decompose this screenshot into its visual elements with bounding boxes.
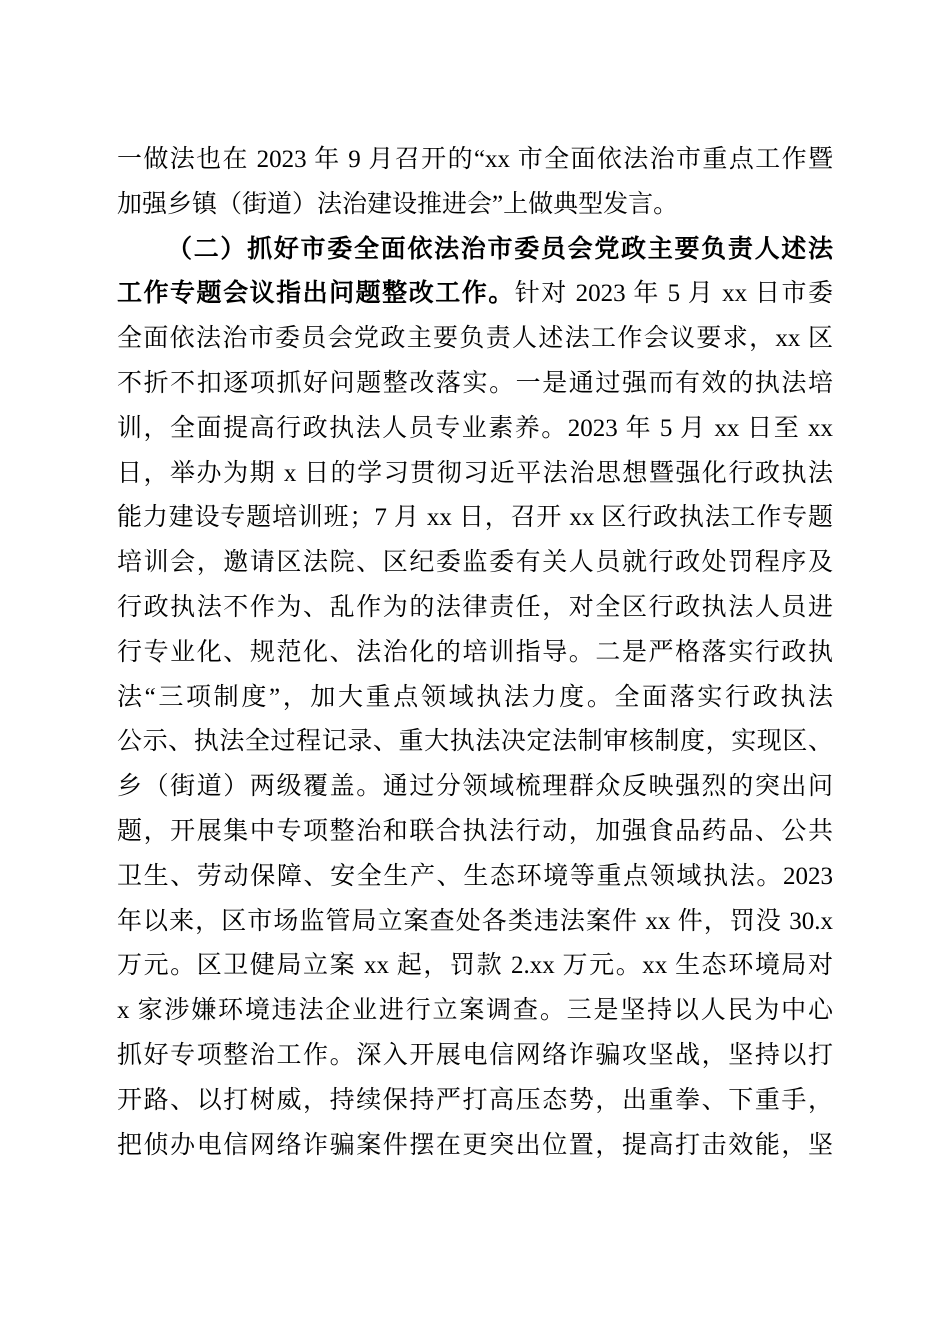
text-line-18: 年以来，区市场监管局立案查处各类违法案件 xx 件，罚没 30.x: [117, 900, 833, 945]
text-line-14: 公示、执法全过程记录、重大执法决定法制审核制度，实现区、: [117, 720, 833, 765]
text-segment: 行政执法不作为、乱作为的法律责任，对全区行政执法人员进: [117, 594, 833, 621]
bold-text-segment: （二）抓好市委全面依法治市委员会党政主要负责人述法: [167, 236, 833, 263]
text-line-22: 开路、以打树威，持续保持严打高压态势，出重拳、下重手，: [117, 1079, 833, 1124]
text-line-2: 加强乡镇（街道）法治建设推进会”上做典型发言。: [117, 183, 833, 228]
text-line-4: 工作专题会议指出问题整改工作。针对 2023 年 5 月 xx 日市委: [117, 272, 833, 317]
text-line-23: 把侦办电信网络诈骗案件摆在更突出位置，提高打击效能，坚: [117, 1124, 833, 1169]
text-segment: 行专业化、规范化、法治化的培训指导。二是严格落实行政执: [117, 639, 833, 666]
text-segment: 乡（街道）两级覆盖。通过分领域梳理群众反映强烈的突出问: [117, 773, 833, 800]
text-segment: 法“三项制度”，加大重点领域执法力度。全面落实行政执法: [117, 684, 833, 711]
text-line-5: 全面依法治市委员会党政主要负责人述法工作会议要求，xx 区: [117, 317, 833, 362]
text-segment: 万元。区卫健局立案 xx 起，罚款 2.xx 万元。xx 生态环境局对: [117, 952, 833, 979]
text-segment: 能力建设专题培训班；7 月 xx 日，召开 xx 区行政执法工作专题: [117, 504, 833, 531]
text-line-12: 行专业化、规范化、法治化的培训指导。二是严格落实行政执: [117, 631, 833, 676]
text-segment: 一做法也在 2023 年 9 月召开的“xx 市全面依法治市重点工作暨: [117, 146, 833, 173]
text-segment: 日，举办为期 x 日的学习贯彻习近平法治思想暨强化行政执法: [117, 460, 833, 487]
text-segment: 针对 2023 年 5 月 xx 日市委: [515, 280, 833, 307]
text-line-15: 乡（街道）两级覆盖。通过分领域梳理群众反映强烈的突出问: [117, 765, 833, 810]
text-segment: 全面依法治市委员会党政主要负责人述法工作会议要求，xx 区: [117, 325, 833, 352]
text-line-8: 日，举办为期 x 日的学习贯彻习近平法治思想暨强化行政执法: [117, 452, 833, 497]
text-segment: 训，全面提高行政执法人员专业素养。2023 年 5 月 xx 日至 xx: [117, 415, 833, 442]
text-line-10: 培训会，邀请区法院、区纪委监委有关人员就行政处罚程序及: [117, 541, 833, 586]
text-segment: 公示、执法全过程记录、重大执法决定法制审核制度，实现区、: [117, 728, 833, 755]
text-line-17: 卫生、劳动保障、安全生产、生态环境等重点领域执法。2023: [117, 855, 833, 900]
document-page: 一做法也在 2023 年 9 月召开的“xx 市全面依法治市重点工作暨加强乡镇（…: [0, 0, 950, 1344]
text-segment: 培训会，邀请区法院、区纪委监委有关人员就行政处罚程序及: [117, 549, 833, 576]
text-line-19: 万元。区卫健局立案 xx 起，罚款 2.xx 万元。xx 生态环境局对: [117, 944, 833, 989]
text-line-3: （二）抓好市委全面依法治市委员会党政主要负责人述法: [117, 228, 833, 273]
text-line-21: 抓好专项整治工作。深入开展电信网络诈骗攻坚战，坚持以打: [117, 1034, 833, 1079]
text-segment: 年以来，区市场监管局立案查处各类违法案件 xx 件，罚没 30.x: [117, 908, 833, 935]
text-line-7: 训，全面提高行政执法人员专业素养。2023 年 5 月 xx 日至 xx: [117, 407, 833, 452]
text-segment: 加强乡镇（街道）法治建设推进会”上做典型发言。: [117, 191, 678, 218]
text-line-9: 能力建设专题培训班；7 月 xx 日，召开 xx 区行政执法工作专题: [117, 496, 833, 541]
text-line-20: x 家涉嫌环境违法企业进行立案调查。三是坚持以人民为中心: [117, 989, 833, 1034]
text-line-16: 题，开展集中专项整治和联合执法行动，加强食品药品、公共: [117, 810, 833, 855]
text-line-1: 一做法也在 2023 年 9 月召开的“xx 市全面依法治市重点工作暨: [117, 138, 833, 183]
text-line-11: 行政执法不作为、乱作为的法律责任，对全区行政执法人员进: [117, 586, 833, 631]
text-segment: x 家涉嫌环境违法企业进行立案调查。三是坚持以人民为中心: [117, 997, 833, 1024]
text-line-13: 法“三项制度”，加大重点领域执法力度。全面落实行政执法: [117, 676, 833, 721]
text-segment: 抓好专项整治工作。深入开展电信网络诈骗攻坚战，坚持以打: [117, 1042, 833, 1069]
text-segment: 不折不扣逐项抓好问题整改落实。一是通过强而有效的执法培: [117, 370, 833, 397]
text-segment: 开路、以打树威，持续保持严打高压态势，出重拳、下重手，: [117, 1087, 833, 1114]
text-line-6: 不折不扣逐项抓好问题整改落实。一是通过强而有效的执法培: [117, 362, 833, 407]
document-body: 一做法也在 2023 年 9 月召开的“xx 市全面依法治市重点工作暨加强乡镇（…: [117, 138, 833, 1168]
text-segment: 卫生、劳动保障、安全生产、生态环境等重点领域执法。2023: [117, 863, 833, 890]
bold-text-segment: 工作专题会议指出问题整改工作。: [117, 280, 515, 307]
text-segment: 把侦办电信网络诈骗案件摆在更突出位置，提高打击效能，坚: [117, 1132, 833, 1159]
text-segment: 题，开展集中专项整治和联合执法行动，加强食品药品、公共: [117, 818, 833, 845]
